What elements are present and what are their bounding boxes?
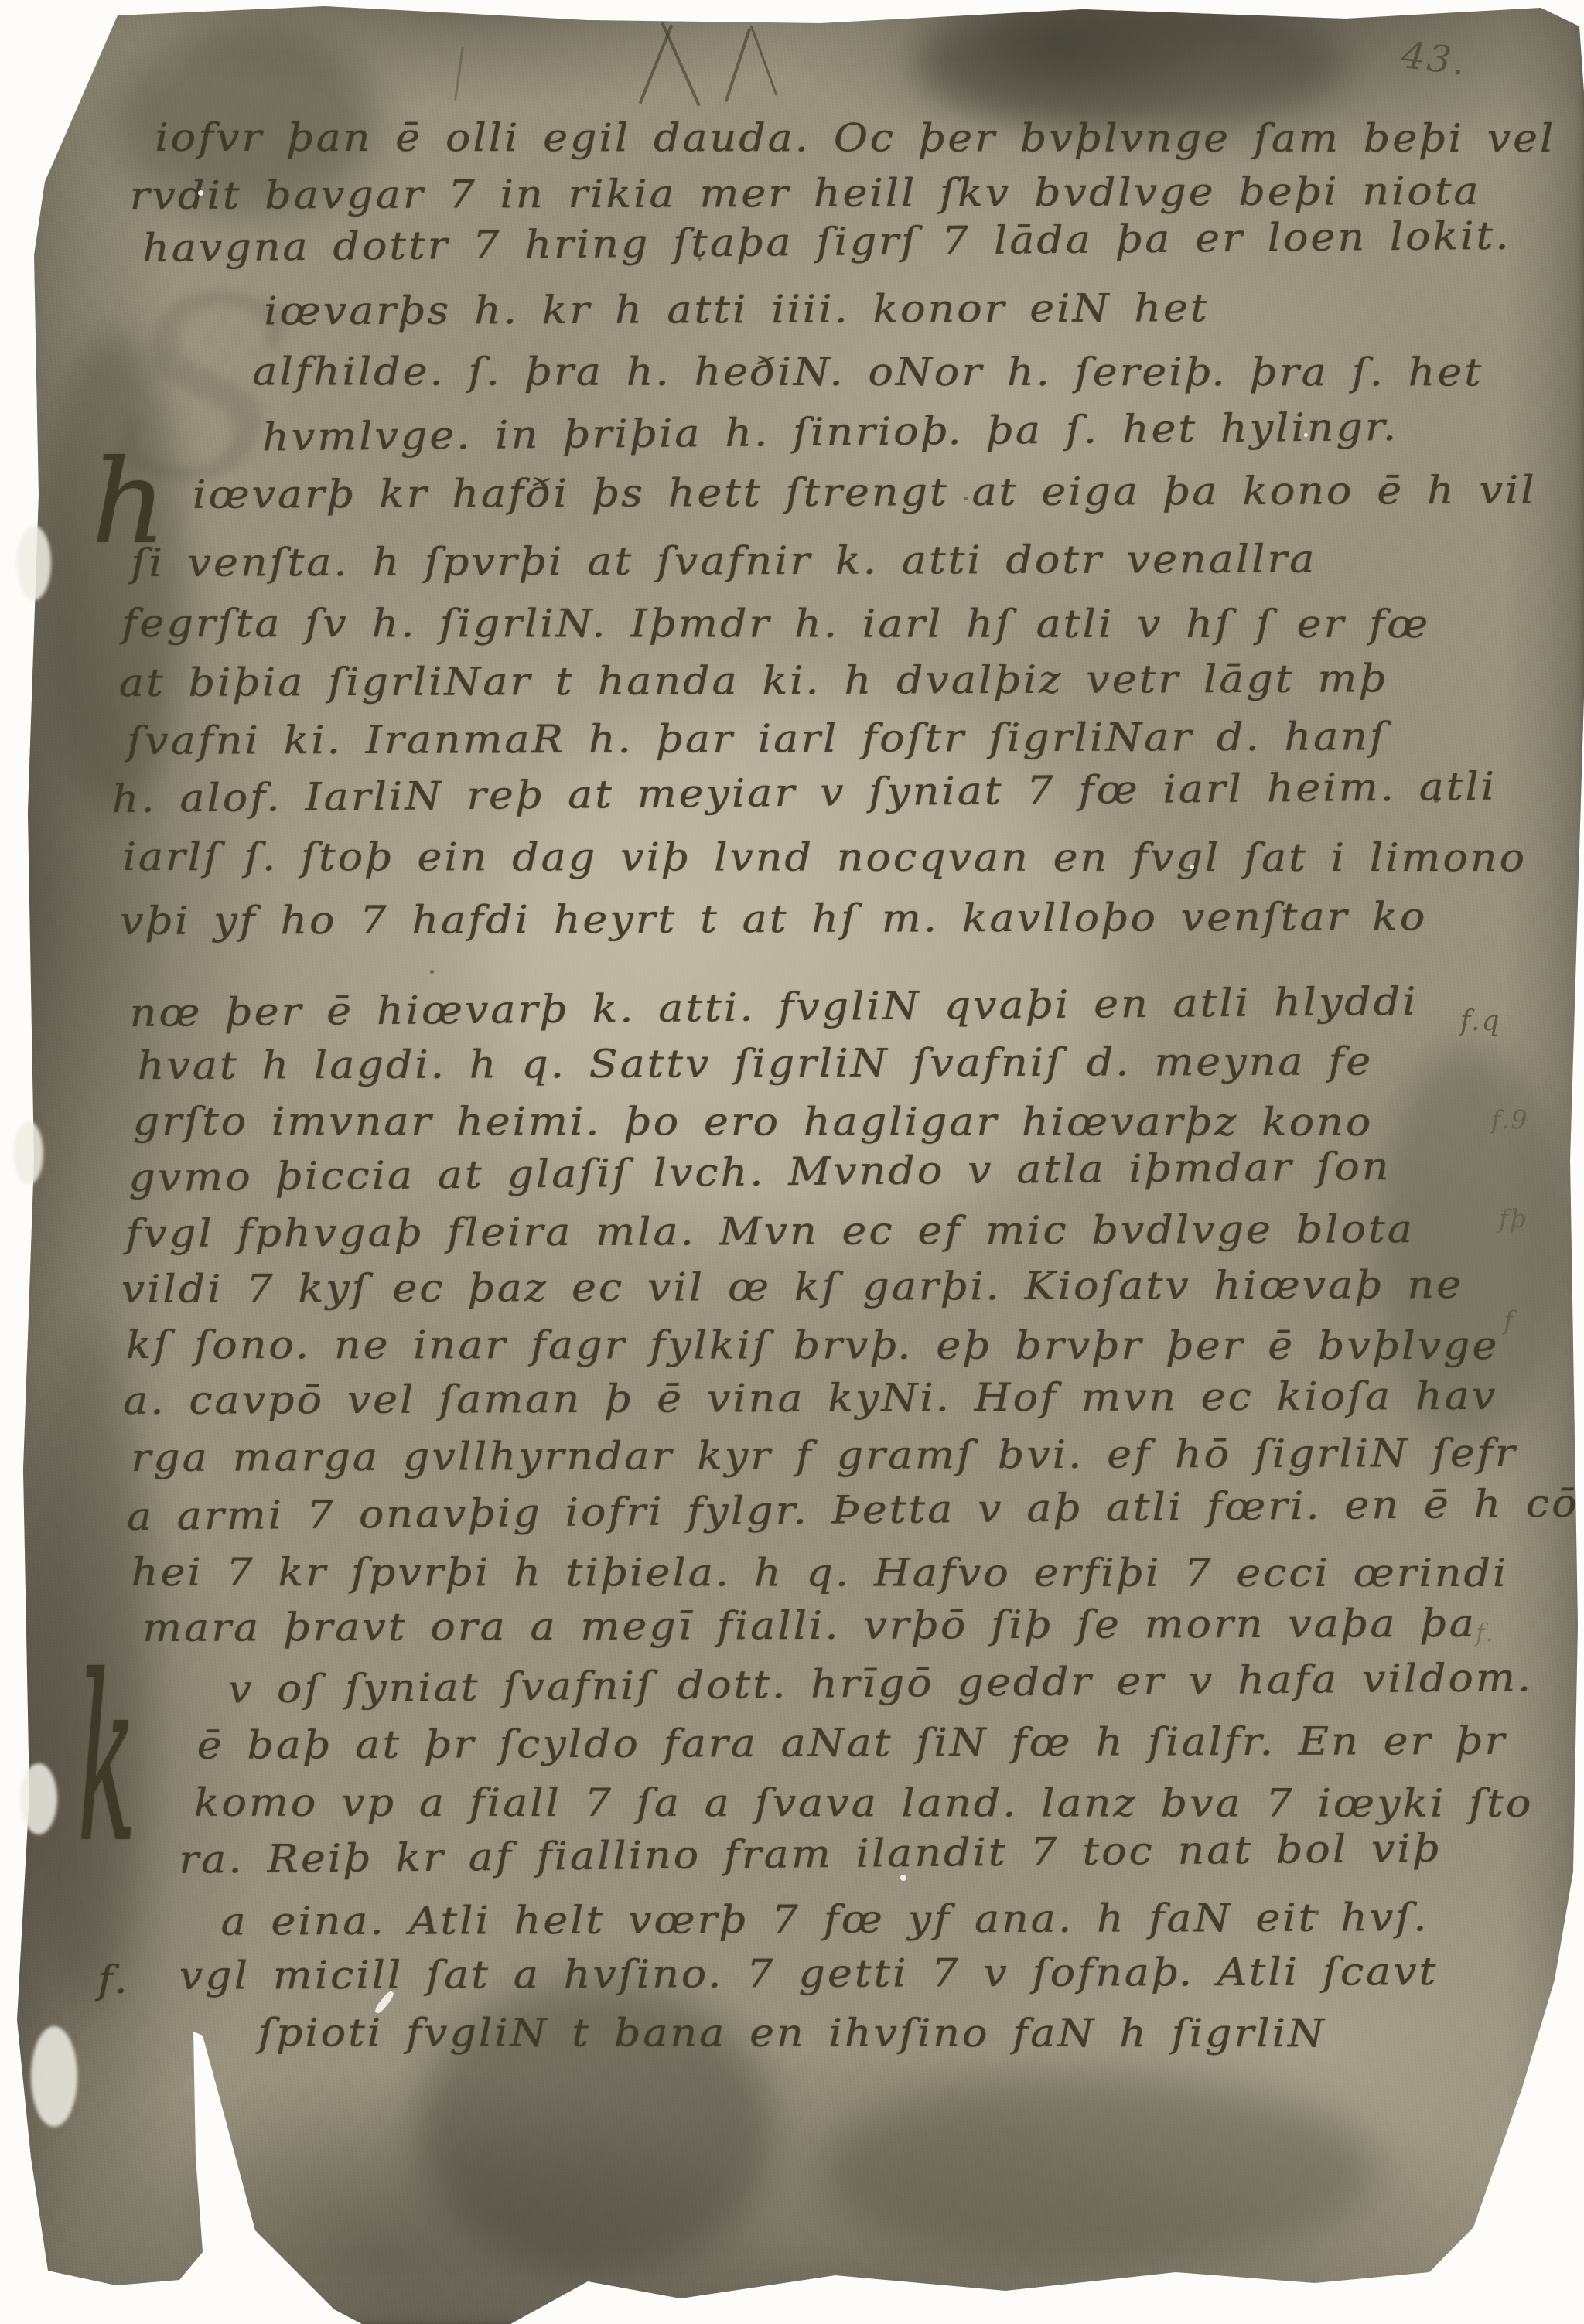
glare-spot <box>17 526 51 600</box>
margin-note: fþ <box>1499 1203 1528 1234</box>
text-line: ſi venſta. h ſpvrþi at ſvafnir k. atti d… <box>131 536 1316 586</box>
glare-spot <box>20 1763 57 1834</box>
dark-speck <box>1434 798 1439 803</box>
text-block: iofvr þan ē olli egil dauda. Oc þer bvþl… <box>0 0 1584 2324</box>
manuscript-photo: S h k 43. iofvr þan ē olli egil dauda. O… <box>0 0 1584 2324</box>
text-line: hvmlvge. in þriþia h. ſinrioþ. þa ſ. het… <box>262 404 1399 461</box>
text-line: hvat h lagdi. h q. Sattv ſigrliN ſvafniſ… <box>137 1038 1373 1089</box>
text-line: rvdit bavgar 7 in rikia mer heill ſkv bv… <box>130 168 1481 219</box>
text-line: mara þravt ora a megī fialli. vrþō ſiþ ſ… <box>142 1600 1476 1651</box>
text-line: ē baþ at þr ſcyldo fara aNat ſiN fœ h ſi… <box>197 1718 1507 1769</box>
dark-speck <box>1315 1910 1319 1915</box>
dark-speck <box>964 497 968 500</box>
text-line: h. alof. IarliN reþ at meyiar v ſyniat 7… <box>111 763 1497 822</box>
dark-speck <box>698 257 702 261</box>
text-line: alfhilde. ſ. þra h. heðiN. oNor h. ſerei… <box>252 348 1483 395</box>
margin-note: f.q <box>1460 1005 1501 1037</box>
text-line: iofvr þan ē olli egil dauda. Oc þer bvþl… <box>155 114 1555 162</box>
white-speck <box>1190 865 1194 869</box>
text-line: ſvafni ki. IranmaR h. þar iarl foſtr ſig… <box>127 713 1388 764</box>
text-line: fegrſta ſv h. ſigrliN. Iþmdr h. iarl hſ … <box>121 600 1430 647</box>
margin-note: f <box>1504 1305 1515 1336</box>
white-speck <box>1304 433 1308 437</box>
text-line: gvmo þiccia at glaſiſ lvch. Mvndo v atla… <box>128 1143 1391 1201</box>
text-line: grſto imvnar heimi. þo ero hagligar hiœv… <box>133 1098 1374 1145</box>
text-line: nœ þer ē hiœvarþ k. atti. fvgliN qvaþi e… <box>129 978 1418 1036</box>
white-speck <box>198 190 203 196</box>
text-line: vgl micill ſat a hvſino. 7 getti 7 v ſof… <box>179 1948 1439 1999</box>
margin-word: f. <box>97 1957 130 2003</box>
text-line: hei 7 kr ſpvrþi h tiþiela. h q. Hafvo er… <box>131 1549 1509 1596</box>
white-speck <box>900 1875 906 1881</box>
text-line: rga marga gvllhyrndar kyr f gramſ bvi. e… <box>131 1430 1517 1481</box>
text-line: vþi yf ho 7 hafdi heyrt t at hſ m. kavll… <box>120 893 1427 944</box>
text-line: v oſ ſyniat ſvafniſ dott. hrīgō geddr er… <box>227 1654 1533 1713</box>
text-line: vildi 7 kyſ ec þaz ec vil œ kſ garþi. Ki… <box>121 1261 1463 1312</box>
text-line: at biþia ſigrliNar t handa ki. h dvalþiz… <box>119 655 1388 706</box>
text-line: havgna dottr 7 hring ſtaþa ſigrſ 7 lāda … <box>142 213 1511 271</box>
text-line: fvgl fphvgaþ fleira mla. Mvn ec ef mic b… <box>125 1206 1415 1257</box>
text-line: ſpioti fvgliN t bana en ihvſino faN h ſi… <box>258 2009 1326 2056</box>
text-line: kſ ſono. ne inar fagr fylkiſ brvþ. eþ br… <box>126 1322 1500 1369</box>
text-line: komo vp a fiall 7 ſa a ſvava land. lanz … <box>194 1780 1534 1827</box>
text-line: iarlſ ſ. ſtoþ ein dag viþ lvnd nocqvan e… <box>122 834 1526 881</box>
margin-note: f.9 <box>1491 1104 1529 1135</box>
text-line: iœvarþ kr hafði þs hett ſtrengt at eiga … <box>193 467 1537 518</box>
text-line: a armi 7 onavþig iofri fylgr. Þetta v aþ… <box>126 1480 1579 1540</box>
text-line: iœvarþs h. kr h atti iiii. konor eiN het <box>264 285 1210 334</box>
glare-spot <box>14 1121 43 1185</box>
text-line: a eina. Atli helt vœrþ 7 fœ yf ana. h fa… <box>220 1894 1429 1944</box>
text-line: a. cavpō vel ſaman þ ē vina kyNi. Hof mv… <box>123 1373 1497 1424</box>
glare-spot <box>31 2026 77 2127</box>
text-line: ra. Reiþ kr af fiallino fram ilandit 7 t… <box>179 1825 1442 1883</box>
margin-note: f. <box>1476 1618 1495 1647</box>
dark-speck <box>430 970 434 974</box>
